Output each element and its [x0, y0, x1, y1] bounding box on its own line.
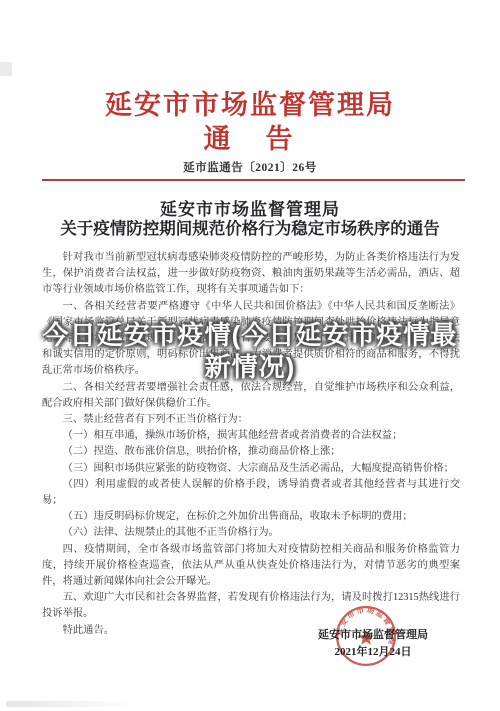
- body-paragraph: 针对我市当前新型冠状病毒感染肺炎疫情防控的严峻形势，为防止各类价格违法行为发生，…: [42, 250, 460, 299]
- scan-artifact-bottom: [6, 701, 136, 707]
- signature-date: 2021年12月24日: [302, 644, 444, 661]
- body-paragraph: （二）捏造、散布涨价信息，哄抬价格，推动商品价格上涨；: [42, 444, 460, 460]
- notice-body: 针对我市当前新型冠状病毒感染肺炎疫情防控的严峻形势，为防止各类价格违法行为发生，…: [42, 250, 460, 639]
- header-divider-rule: [42, 179, 465, 181]
- body-paragraph: 三、禁止经营者有下列不正当价格行为：: [42, 412, 460, 428]
- body-paragraph: （四）利用虚假的或者使人误解的价格手段，诱导消费者或者其他经营者与其进行交易；: [42, 477, 460, 509]
- body-paragraph: （三）囤积市场供应紧张的防疫物资、大宗商品及生活必需品，大幅度提高销售价格；: [42, 461, 460, 477]
- notice-title-subject: 关于疫情防控期间规范价格行为稳定市场秩序的通告: [0, 215, 500, 239]
- body-paragraph: 四、疫情期间，全市各级市场监管部门将加大对疫情防控相关商品和服务价格监管力度，持…: [42, 542, 460, 591]
- signature-agency: 延安市市场监督管理局: [302, 627, 444, 644]
- header-notice-type: 通 告: [0, 117, 500, 156]
- document-number: 延市监通告〔2021〕26号: [0, 159, 500, 175]
- notice-document: 延安市市场监督管理局 通 告 延市监通告〔2021〕26号 延安市市场监督管理局…: [0, 0, 500, 711]
- body-paragraph: （一）相互串通，操纵市场价格，损害其他经营者或者消费者的合法权益；: [42, 428, 460, 444]
- scan-artifact-top: [0, 62, 12, 76]
- body-paragraph: （六）法律、法规禁止的其他不正当价格行为。: [42, 525, 460, 541]
- body-paragraph: （五）违反明码标价规定，在标价之外加价出售商品，收取未予标明的费用；: [42, 509, 460, 525]
- body-paragraph: 二、各相关经营者要增强社会责任感，依法合规经营，自觉维护市场秩序和公众利益，配合…: [42, 380, 460, 412]
- overlay-caption-title: 今日延安市疫情(今日延安市疫情最新情况): [42, 319, 458, 383]
- signature-block: 延安市市场监督管理局 2021年12月24日: [302, 627, 444, 660]
